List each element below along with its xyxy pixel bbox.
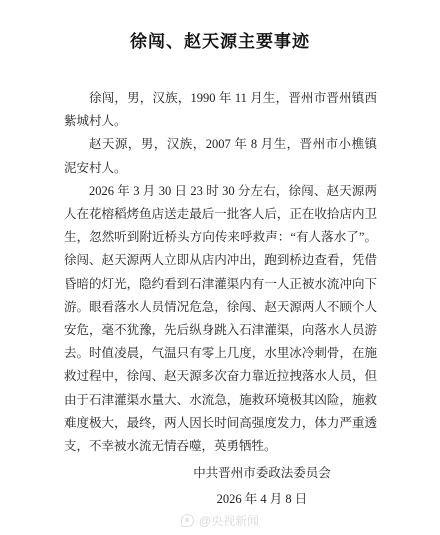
document-page: 徐闯、赵天源主要事迹 徐闯，男，汉族，1990 年 11 月生，晋州市晋州镇西紫… xyxy=(0,0,440,535)
document-title: 徐闯、赵天源主要事迹 xyxy=(0,0,440,52)
paragraph-xu-chuang-bio: 徐闯，男，汉族，1990 年 11 月生，晋州市晋州镇西紫城村人。 xyxy=(64,87,377,133)
paragraph-incident-account: 2026 年 3 月 30 日 23 时 30 分左右，徐闯、赵天源两人在花榕稻… xyxy=(64,180,377,458)
paragraph-zhao-tianyuan-bio: 赵天源，男，汉族，2007 年 8 月生，晋州市小樵镇泥安村人。 xyxy=(64,133,377,179)
watermark-text: @央视新闻 xyxy=(199,512,259,529)
watermark: @央视新闻 xyxy=(0,512,440,529)
signature-block: 中共晋州市委政法委员会 2026 年 4 月 8 日 xyxy=(0,462,440,511)
cctv-news-logo-icon xyxy=(181,514,194,527)
document-body: 徐闯，男，汉族，1990 年 11 月生，晋州市晋州镇西紫城村人。 赵天源，男，… xyxy=(64,87,377,458)
issuing-authority: 中共晋州市委政法委员会 xyxy=(84,462,440,485)
issue-date: 2026 年 4 月 8 日 xyxy=(84,488,440,511)
